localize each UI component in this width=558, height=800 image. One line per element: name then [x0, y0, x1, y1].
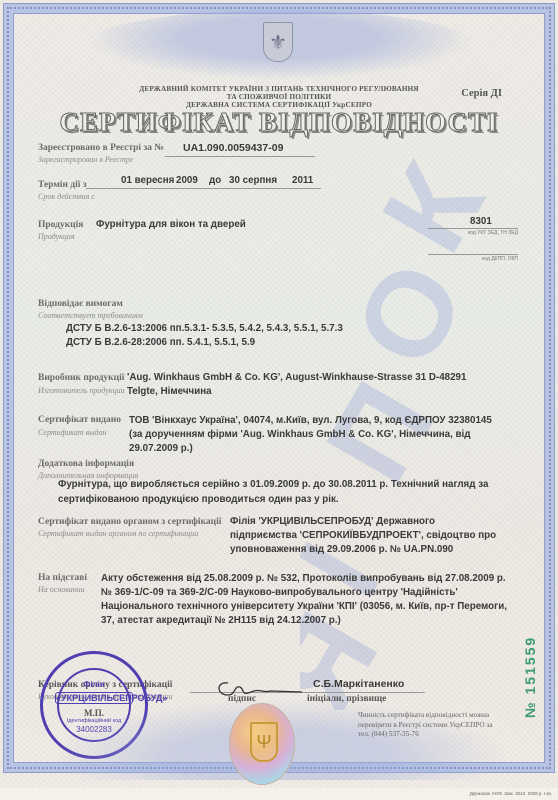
- signatory-name: С.Б.Маркітаненко: [313, 678, 404, 692]
- manufacturer-label-ru: Изготовитель продукции: [38, 386, 125, 395]
- product-code-caption: код УКТ ЗЕД, ТН ЗЕД: [428, 230, 518, 236]
- basis-line-2: № 369-1/С-09 та 369-2/С-09 Науково-випро…: [101, 586, 458, 600]
- valid-from-year: 2009: [176, 174, 198, 188]
- verification-note: Чинність сертифіката відповідності можна…: [358, 711, 498, 740]
- issuing-body-label-ru: Сертификат выдан органом по сертификации: [38, 529, 198, 538]
- series-label: Серія ДІ: [461, 88, 502, 99]
- requirement-line-2: ДСТУ Б В.2.6-28:2006 пп. 5.4.1, 5.5.1, 5…: [66, 336, 255, 350]
- manufacturer-line-2: Telgte, Німеччина: [127, 385, 212, 399]
- issued-to-label: Сертифікат видано: [38, 415, 121, 425]
- validity-label: Термін дії з: [38, 180, 87, 190]
- additional-info-line-1: Фурнітура, що виробляється серійно з 01.…: [58, 478, 488, 492]
- registry-label: Зареєстровано в Реєстрі за №: [38, 143, 164, 153]
- requirements-label-ru: Соответствует требованиям: [38, 311, 143, 320]
- product-code: 8301: [470, 215, 492, 229]
- valid-to-year: 2011: [292, 174, 313, 188]
- requirements-label: Відповідає вимогам: [38, 299, 123, 309]
- issuing-body-line-1: Філія 'УКРЦИВІЛЬСЕПРОБУД' Державного: [230, 515, 435, 529]
- registry-number: UA1.090.0059437-09: [183, 142, 283, 156]
- basis-line-4: 37, атестат акредитації № 2Н115 від 24.1…: [101, 614, 341, 628]
- valid-from-date: 01 вересня: [121, 174, 174, 188]
- additional-info-label: Додаткова інформація: [38, 459, 134, 469]
- valid-to-word: до: [209, 174, 221, 188]
- certificate-title: СЕРТИФІКАТ ВІДПОВІДНОСТІ: [0, 107, 558, 138]
- registry-label-ru: Зарегистрирован в Реестре: [38, 155, 133, 164]
- manufacturer-line-1: 'Aug. Winkhaus GmbH & Co. KG', August-Wi…: [127, 371, 466, 385]
- trident-icon: ⚜: [263, 22, 293, 62]
- hologram-emblem: Ψ: [229, 703, 295, 785]
- basis-line-1: Акту обстеження від 25.08.2009 р. № 532,…: [101, 572, 506, 586]
- issuing-body-line-2: підприємства 'СЕПРОКИЇВБУДПРОЕКТ', свідо…: [230, 529, 496, 543]
- certificate-sheet: ⚜ ДЕРЖАВНИЙ КОМІТЕТ УКРАЇНИ З ПИТАНЬ ТЕХ…: [0, 0, 558, 788]
- basis-line-3: Національного технічного університету Ук…: [101, 600, 507, 614]
- manufacturer-label: Виробник продукції: [38, 373, 124, 383]
- serial-number: № 151559: [520, 590, 540, 720]
- issued-to-line-3: 29.07.2009 р.): [129, 442, 193, 456]
- valid-to-date: 30 серпня: [229, 174, 277, 188]
- additional-info-line-2: сертифікованою продукцією проводиться од…: [58, 493, 339, 507]
- validity-label-ru: Срок действия с: [38, 192, 95, 201]
- requirement-line-1: ДСТУ Б В.2.6-13:2006 пп.5.3.1- 5.3.5, 5.…: [66, 322, 343, 336]
- basis-label: На підставі: [38, 573, 87, 583]
- issued-to-label-ru: Сертификат выдан: [38, 428, 107, 437]
- issued-to-line-2: (за дорученням фірми 'Aug. Winkhaus GmbH…: [129, 428, 471, 442]
- basis-label-ru: На основании: [38, 585, 85, 594]
- product-code2-caption: код ДКПП, ОКП: [428, 256, 518, 262]
- issued-to-line-1: ТОВ 'Вінкхаус Україна', 04074, м.Київ, в…: [129, 414, 492, 428]
- issuing-body-line-3: уповноваження від 29.09.2006 р. № UA.PN.…: [230, 543, 453, 557]
- coat-of-arms-icon: Ψ: [250, 722, 278, 762]
- issuing-body-label: Сертифікат видано органом з сертифікації: [38, 517, 221, 527]
- product-label: Продукція: [38, 220, 83, 230]
- product-label-ru: Продукция: [38, 232, 75, 241]
- product-name: Фурнітура для вікон та дверей: [96, 218, 246, 232]
- print-note: Держзнак. КОФ. Зам. 3012. 2009 р. І кв.: [470, 791, 552, 796]
